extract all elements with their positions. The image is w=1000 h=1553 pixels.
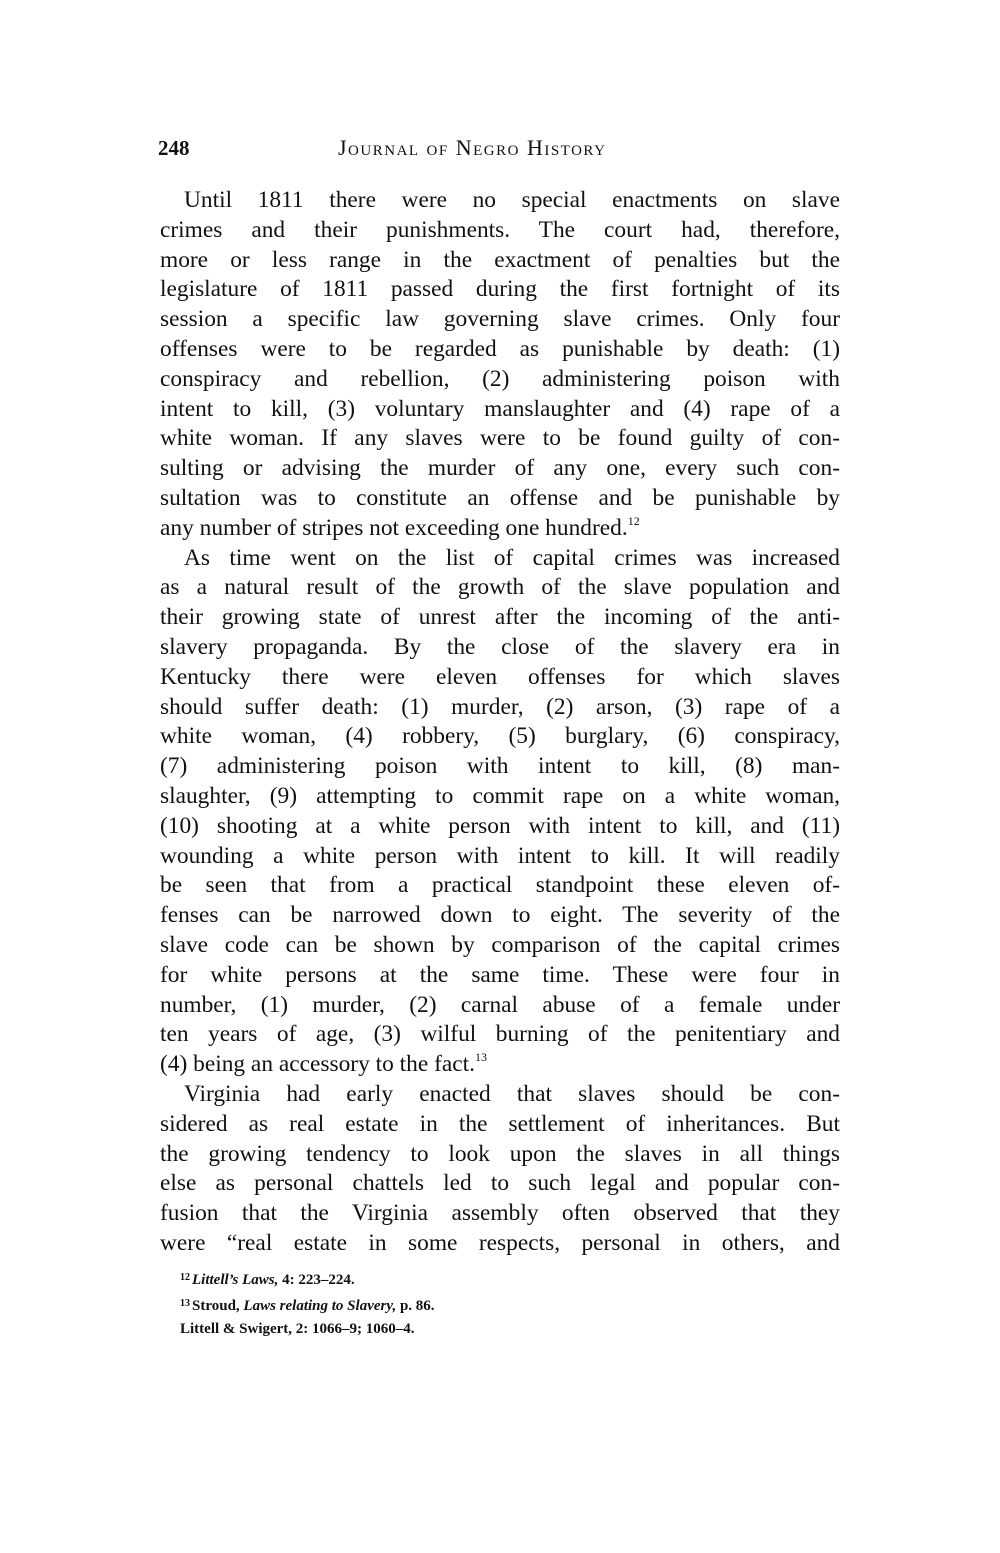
text-line: as a natural result of the growth of the… [160,573,840,603]
journal-title: Journal of Negro History [338,133,606,163]
text-line: crimes and their punishments. The court … [160,216,840,246]
footnote-citation-detail: p. 86. [396,1298,434,1314]
text-line: ten years of age, (3) wilful burning of … [160,1020,840,1050]
text-line: were “real estate in some respects, pers… [160,1229,840,1259]
text-line: slavery propaganda. By the close of the … [160,633,840,663]
text-line: As time went on the list of capital crim… [160,544,840,574]
text-line: sultation was to constitute an offense a… [160,484,840,514]
footnote-mark: 13 [180,1298,190,1309]
text-line: be seen that from a practical standpoint… [160,871,840,901]
footnote-citation-detail: 4: 223–224. [278,1272,354,1288]
footnote-mark: 12 [180,1272,190,1283]
footnote-citation-title: Littell’s Laws, [192,1272,278,1288]
text-line: fenses can be narrowed down to eight. Th… [160,901,840,931]
footnote-ref-12[interactable]: 12 [628,514,640,528]
text-line-content: (4) being an accessory to the fact. [160,1051,475,1077]
text-line: (7) administering poison with intent to … [160,752,840,782]
text-line: session a specific law governing slave c… [160,305,840,335]
text-line-content: any number of stripes not exceeding one … [160,515,628,541]
text-line: (4) being an accessory to the fact.13 [160,1050,840,1080]
footnote-author: Stroud, [192,1298,243,1314]
footnotes: 12Littell’s Laws, 4: 223–224. 13Stroud, … [160,1266,660,1341]
footnote-13-continued: Littell & Swigert, 2: 1066–9; 1060–4. [160,1318,660,1341]
footnote-citation-detail: Littell & Swigert, 2: 1066–9; 1060–4. [180,1321,415,1337]
footnote-ref-13[interactable]: 13 [475,1050,487,1064]
footnote-12: 12Littell’s Laws, 4: 223–224. [160,1266,660,1292]
body-text: Until 1811 there were no special enactme… [160,186,840,1259]
footnote-citation-title: Laws relating to Slavery, [243,1298,396,1314]
text-line: fusion that the Virginia assembly often … [160,1199,840,1229]
text-line: Virginia had early enacted that slaves s… [160,1080,840,1110]
text-line: their growing state of unrest after the … [160,603,840,633]
footnote-13: 13Stroud, Laws relating to Slavery, p. 8… [160,1292,660,1318]
text-line: for white persons at the same time. Thes… [160,961,840,991]
text-line: white woman, (4) robbery, (5) burglary, … [160,722,840,752]
text-line: legislature of 1811 passed during the fi… [160,275,840,305]
text-line: should suffer death: (1) murder, (2) ars… [160,693,840,723]
running-head: 248 Journal of Negro History [158,133,842,163]
page-number: 248 [158,133,190,163]
text-line: the growing tendency to look upon the sl… [160,1140,840,1170]
text-line: (10) shooting at a white person with int… [160,812,840,842]
text-line: wounding a white person with intent to k… [160,842,840,872]
text-line: slave code can be shown by comparison of… [160,931,840,961]
text-line: offenses were to be regarded as punishab… [160,335,840,365]
text-line: Kentucky there were eleven offenses for … [160,663,840,693]
text-line: slaughter, (9) attempting to commit rape… [160,782,840,812]
text-line: more or less range in the exactment of p… [160,246,840,276]
text-line: any number of stripes not exceeding one … [160,514,840,544]
text-line: sidered as real estate in the settlement… [160,1110,840,1140]
text-line: conspiracy and rebellion, (2) administer… [160,365,840,395]
text-line: Until 1811 there were no special enactme… [160,186,840,216]
text-line: number, (1) murder, (2) carnal abuse of … [160,991,840,1021]
text-line: intent to kill, (3) voluntary manslaught… [160,395,840,425]
text-line: else as personal chattels led to such le… [160,1169,840,1199]
text-line: white woman. If any slaves were to be fo… [160,424,840,454]
text-line: sulting or advising the murder of any on… [160,454,840,484]
